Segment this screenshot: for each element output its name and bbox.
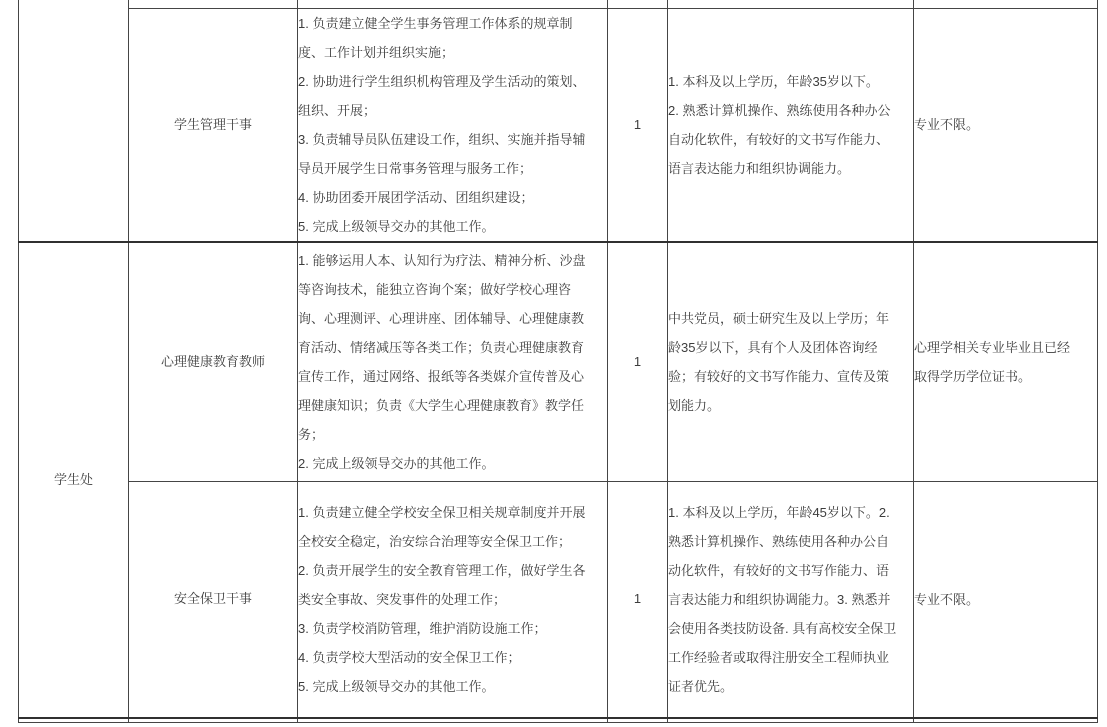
department-cell-cut <box>19 718 129 723</box>
table-row-partial-top <box>19 0 1098 8</box>
position-cell: 安全保卫干事 <box>129 482 298 718</box>
major-cell: 专业不限。 <box>914 482 1098 718</box>
department-cell <box>19 0 129 242</box>
table-row-mental-health-teacher: 学生处 心理健康教育教师 1. 能够运用人本、认知行为疗法、精神分析、沙盘 等咨… <box>19 242 1098 482</box>
table-row-security-officer: 安全保卫干事 1. 负责建立健全学校安全保卫相关规章制度并开展 全校安全稳定，治… <box>19 482 1098 718</box>
department-cell: 学生处 <box>19 242 129 718</box>
duties-cell-cut <box>298 718 608 723</box>
count-cell: 1 <box>608 8 668 242</box>
table-row-partial-bottom <box>19 718 1098 723</box>
requirements-cell: 1. 本科及以上学历，年龄45岁以下。2. 熟悉计算机操作、熟练使用各种办公自 … <box>668 482 914 718</box>
recruitment-table: 学生管理干事 1. 负责建立健全学生事务管理工作体系的规章制 度、工作计划并组织… <box>18 0 1098 723</box>
duties-cell: 1. 能够运用人本、认知行为疗法、精神分析、沙盘 等咨询技术，能独立咨询个案；做… <box>298 242 608 482</box>
requirements-cell-cut <box>668 0 914 8</box>
position-cell: 学生管理干事 <box>129 8 298 242</box>
table-row-student-management-officer: 学生管理干事 1. 负责建立健全学生事务管理工作体系的规章制 度、工作计划并组织… <box>19 8 1098 242</box>
requirements-cell-cut <box>668 718 914 723</box>
requirements-cell: 中共党员，硕士研究生及以上学历；年 龄35岁以下，具有个人及团体咨询经 验；有较… <box>668 242 914 482</box>
count-cell: 1 <box>608 242 668 482</box>
major-cell-cut <box>914 718 1098 723</box>
count-cell: 1 <box>608 482 668 718</box>
requirements-cell: 1. 本科及以上学历，年龄35岁以下。 2. 熟悉计算机操作、熟练使用各种办公 … <box>668 8 914 242</box>
major-cell-cut <box>914 0 1098 8</box>
duties-cell-cut <box>298 0 608 8</box>
count-cell-cut <box>608 0 668 8</box>
duties-cell: 1. 负责建立健全学校安全保卫相关规章制度并开展 全校安全稳定，治安综合治理等安… <box>298 482 608 718</box>
position-cell-cut <box>129 0 298 8</box>
position-cell: 心理健康教育教师 <box>129 242 298 482</box>
major-cell: 心理学相关专业毕业且已经 取得学历学位证书。 <box>914 242 1098 482</box>
page: 学生管理干事 1. 负责建立健全学生事务管理工作体系的规章制 度、工作计划并组织… <box>0 0 1107 727</box>
count-cell-cut <box>608 718 668 723</box>
duties-cell: 1. 负责建立健全学生事务管理工作体系的规章制 度、工作计划并组织实施； 2. … <box>298 8 608 242</box>
position-cell-cut <box>129 718 298 723</box>
major-cell: 专业不限。 <box>914 8 1098 242</box>
